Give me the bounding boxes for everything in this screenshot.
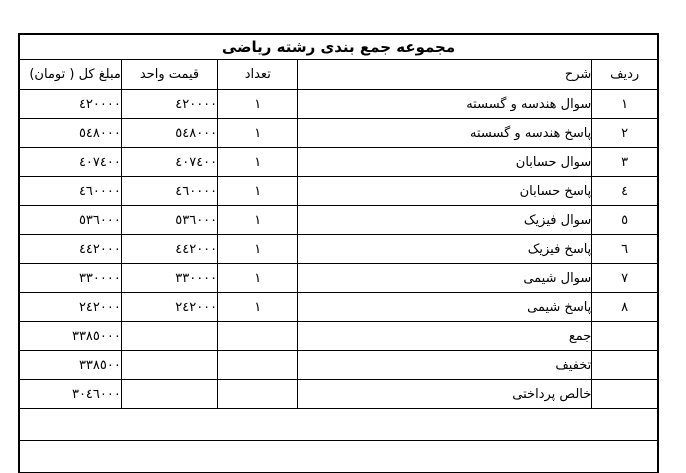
cell-tedad: ١	[218, 264, 298, 293]
table-row: ٣سوال حسابان١٤٠٧٤٠٠٤٠٧٤٠٠	[19, 148, 658, 177]
cell-gheymat: ٤٠٧٤٠٠	[121, 148, 217, 177]
table-row: ٦پاسخ فیزیک١٤٤٢٠٠٠٤٤٢٠٠٠	[19, 235, 658, 264]
cell-mablagh: ٥٤٨٠٠٠	[19, 119, 121, 148]
empty-row	[19, 441, 658, 473]
header-row: ردیف شرح تعداد قیمت واحد مبلغ کل ( تومان…	[19, 60, 658, 90]
cell-sharh: پاسخ فیزیک	[298, 235, 592, 264]
cell-sharh: سوال فیزیک	[298, 206, 592, 235]
cell-gheymat: ٤٤٢٠٠٠	[121, 235, 217, 264]
summary-row: تخفیف٣٣٨٥٠٠	[19, 351, 658, 380]
table-row: ١سوال هندسه و گسسته١٤٢٠٠٠٠٤٢٠٠٠٠	[19, 90, 658, 119]
cell-gheymat	[121, 351, 217, 380]
cell-tedad	[218, 380, 298, 409]
cell-radif: ٧	[592, 264, 658, 293]
table-title: مجموعه جمع بندی رشته ریاضی	[19, 34, 658, 60]
cell-tedad: ١	[218, 235, 298, 264]
cell-gheymat: ٤٦٠٠٠٠	[121, 177, 217, 206]
cell-mablagh: ٣٣٨٥٠٠٠	[19, 322, 121, 351]
cell-gheymat: ٥٣٦٠٠٠	[121, 206, 217, 235]
summary-table: مجموعه جمع بندی رشته ریاضی ردیف شرح تعدا…	[18, 33, 659, 473]
cell-gheymat: ٤٢٠٠٠٠	[121, 90, 217, 119]
cell-tedad: ١	[218, 293, 298, 322]
cell-sharh: سوال شیمی	[298, 264, 592, 293]
cell-radif: ٣	[592, 148, 658, 177]
table-row: ٥سوال فیزیک١٥٣٦٠٠٠٥٣٦٠٠٠	[19, 206, 658, 235]
cell-gheymat	[121, 322, 217, 351]
title-row: مجموعه جمع بندی رشته ریاضی	[19, 34, 658, 60]
header-mablagh: مبلغ کل ( تومان)	[19, 60, 121, 90]
cell-mablagh: ٣٠٤٦٠٠٠	[19, 380, 121, 409]
header-tedad: تعداد	[218, 60, 298, 90]
table-row: ٤پاسخ حسابان١٤٦٠٠٠٠٤٦٠٠٠٠	[19, 177, 658, 206]
cell-tedad	[218, 351, 298, 380]
summary-row: جمع٣٣٨٥٠٠٠	[19, 322, 658, 351]
cell-sharh: پاسخ هندسه و گسسته	[298, 119, 592, 148]
cell-tedad	[218, 322, 298, 351]
table-row: ٧سوال شیمی١٣٣٠٠٠٠٣٣٠٠٠٠	[19, 264, 658, 293]
cell-tedad: ١	[218, 148, 298, 177]
document-page: مجموعه جمع بندی رشته ریاضی ردیف شرح تعدا…	[0, 0, 686, 473]
table-head: مجموعه جمع بندی رشته ریاضی ردیف شرح تعدا…	[19, 34, 658, 90]
cell-radif: ٥	[592, 206, 658, 235]
cell-radif: ٦	[592, 235, 658, 264]
table-row: ٢پاسخ هندسه و گسسته١٥٤٨٠٠٠٥٤٨٠٠٠	[19, 119, 658, 148]
cell-tedad: ١	[218, 119, 298, 148]
cell-sharh: پاسخ حسابان	[298, 177, 592, 206]
cell-sharh: پاسخ شیمی	[298, 293, 592, 322]
cell-sharh: تخفیف	[298, 351, 592, 380]
cell-radif	[592, 351, 658, 380]
empty-cell	[19, 409, 658, 441]
header-gheymat: قیمت واحد	[121, 60, 217, 90]
cell-tedad: ١	[218, 90, 298, 119]
cell-mablagh: ٤٦٠٠٠٠	[19, 177, 121, 206]
cell-mablagh: ٣٣٨٥٠٠	[19, 351, 121, 380]
cell-mablagh: ٢٤٢٠٠٠	[19, 293, 121, 322]
cell-radif	[592, 322, 658, 351]
cell-mablagh: ٤٠٧٤٠٠	[19, 148, 121, 177]
cell-sharh: سوال هندسه و گسسته	[298, 90, 592, 119]
cell-tedad: ١	[218, 206, 298, 235]
table-body: ١سوال هندسه و گسسته١٤٢٠٠٠٠٤٢٠٠٠٠٢پاسخ هن…	[19, 90, 658, 473]
cell-mablagh: ٥٣٦٠٠٠	[19, 206, 121, 235]
cell-gheymat: ٥٤٨٠٠٠	[121, 119, 217, 148]
cell-gheymat: ٣٣٠٠٠٠	[121, 264, 217, 293]
cell-sharh: خالص پرداختی	[298, 380, 592, 409]
cell-radif: ٤	[592, 177, 658, 206]
empty-row	[19, 409, 658, 441]
cell-mablagh: ٤٢٠٠٠٠	[19, 90, 121, 119]
cell-tedad: ١	[218, 177, 298, 206]
empty-cell	[19, 441, 658, 473]
cell-sharh: جمع	[298, 322, 592, 351]
cell-gheymat: ٢٤٢٠٠٠	[121, 293, 217, 322]
cell-radif: ٨	[592, 293, 658, 322]
cell-radif: ١	[592, 90, 658, 119]
cell-gheymat	[121, 380, 217, 409]
table-row: ٨پاسخ شیمی١٢٤٢٠٠٠٢٤٢٠٠٠	[19, 293, 658, 322]
cell-radif: ٢	[592, 119, 658, 148]
cell-mablagh: ٤٤٢٠٠٠	[19, 235, 121, 264]
header-sharh: شرح	[298, 60, 592, 90]
cell-sharh: سوال حسابان	[298, 148, 592, 177]
summary-row: خالص پرداختی٣٠٤٦٠٠٠	[19, 380, 658, 409]
cell-mablagh: ٣٣٠٠٠٠	[19, 264, 121, 293]
cell-radif	[592, 380, 658, 409]
header-radif: ردیف	[592, 60, 658, 90]
